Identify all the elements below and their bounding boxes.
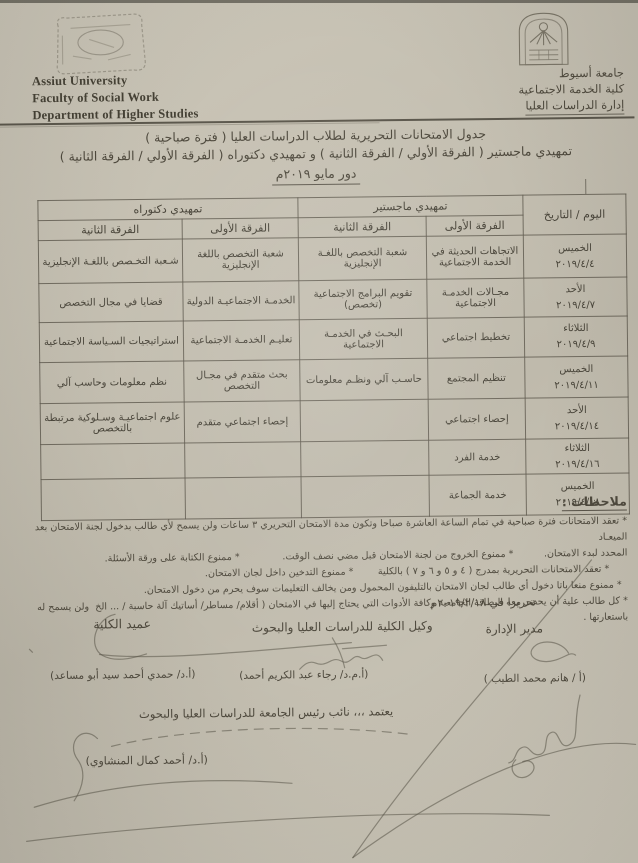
cell-day-date: الأحد٢٠١٩/٤/١٤: [525, 397, 628, 439]
cell-subject: قضايا في مجال التخصص: [39, 282, 183, 323]
cell-subject: بحث متقدم في مجـال التخصص: [184, 360, 300, 402]
scanned-exam-schedule-page: Assiut University Faculty of Social Work…: [0, 0, 638, 863]
university-name-arabic: جامعة أسيوط كلية الخدمة الاجتماعية إدارة…: [404, 65, 625, 117]
cell-subject: الخدمـة الاجتماعيـة الدولية: [183, 281, 299, 321]
issue-date-line: تحريرا في ٢٠١٩/٢/١٨م: [430, 596, 536, 610]
director-signature-icon: [531, 642, 576, 662]
en-line-2: Faculty of Social Work: [32, 88, 198, 107]
vp-initial-signature-icon: [508, 695, 581, 778]
cell-subject: إحصاء اجتماعي: [428, 398, 525, 440]
table-row: الأحد٢٠١٩/٤/١٤ إحصاء اجتماعي إحصاء اجتما…: [40, 397, 628, 445]
subheader-masters-first-year: الفرقة الأولى: [426, 215, 523, 236]
cell-subject: إحصاء اجتماعي متقدم: [184, 401, 300, 443]
cell-day-date: الأحد٢٠١٩/٤/٧: [524, 277, 627, 317]
cell-subject: نظم معلومات وحاسب آلي: [40, 361, 184, 404]
scan-mark: [585, 179, 586, 194]
cell-subject: مجـالات الخدمـة الاجتماعية: [427, 278, 524, 318]
cell-day-date: الثلاثاء٢٠١٩/٤/٩: [524, 316, 627, 357]
cell-subject: شعبة التخصص باللغة الإنجليزية: [182, 238, 298, 282]
group-header-masters: تمهيدي ماجستير: [298, 195, 523, 218]
cell-subject: تعليـم الخدمـة الاجتماعية: [183, 320, 299, 361]
cell-subject: تقويم البرامج الاجتماعية (تخصص): [299, 279, 427, 319]
en-line-1: Assiut University: [32, 71, 198, 90]
cell-subject: تنظيم المجتمع: [428, 357, 525, 399]
university-name-english: Assiut University Faculty of Social Work…: [32, 71, 199, 124]
document-content: Assiut University Faculty of Social Work…: [0, 0, 638, 863]
subheader-masters-second-year: الفرقة الثانية: [298, 216, 426, 237]
cell-subject: [300, 399, 428, 441]
signature-name-vice-dean: (أ.م.د/ رجاء عبد الكريم أحمد): [221, 668, 387, 682]
ar-line-3: إدارة الدراسات العليا: [404, 97, 624, 117]
table-row: الأحد٢٠١٩/٤/٧ مجـالات الخدمـة الاجتماعية…: [39, 277, 627, 323]
subheader-phd-second-year: الفرقة الثانية: [38, 219, 182, 241]
vice-dean-signature-icon: [299, 637, 386, 669]
notes-heading: ملاحظات :: [562, 494, 627, 512]
cell-subject: البحـث في الخدمـة الاجتماعية: [299, 318, 427, 359]
faculty-stamp-icon: [47, 10, 152, 77]
cell-subject: تخطيط اجتماعي: [427, 317, 524, 358]
signature-name-dean: (أ.د/ حمدي أحمد سيد أبو مساعد): [23, 668, 223, 682]
signature-title-dean: عميد الكلية: [74, 616, 170, 632]
signature-name-vp: (أ.د/ أحمد كمال المنشاوي): [52, 753, 242, 768]
cell-day-date: الخميس٢٠١٩/٤/٤: [523, 234, 626, 278]
signature-title-director: مدير الإدارة: [474, 621, 554, 636]
cell-subject: علوم اجتماعيـة وسـلوكية مرتبطة بالتخصص: [40, 402, 184, 445]
cell-subject: شعبة التخصص باللغـة الإنجليزية: [298, 236, 426, 280]
table-row: الخميس٢٠١٩/٤/١١ تنظيم المجتمع حاسـب آلي …: [40, 356, 628, 404]
cell-subject: [41, 443, 185, 480]
cell-subject: استراتيجيات السـياسة الاجتماعية: [39, 321, 183, 363]
assiut-university-emblem-icon: [511, 9, 576, 68]
cell-subject: شـعبة التخـصص باللغـة الإنجليزية: [38, 239, 182, 284]
subheader-phd-first-year: الفرقة الأولى: [182, 218, 298, 239]
notes-section: ملاحظات : * تعقد الامتحانات فترة صباحية …: [17, 491, 628, 633]
title-session: دور مايو ٢٠١٩م: [272, 165, 361, 186]
cell-subject: [185, 442, 301, 478]
cell-subject: [301, 440, 429, 476]
ar-line-3-text: إدارة الدراسات العليا: [525, 97, 624, 116]
signature-name-director: (أ / هانم محمد الطيب ): [455, 672, 615, 686]
cell-subject: خدمة الفرد: [429, 439, 526, 475]
cell-subject: حاسـب آلي ونظـم معلومات: [300, 358, 428, 400]
cell-day-date: الخميس٢٠١٩/٤/١١: [525, 356, 628, 398]
approval-line: يعتمد ،،، نائب رئيس الجامعة للدراسات الع…: [31, 704, 393, 722]
cell-subject: الاتجاهات الحديثة في الخدمة الاجتماعية: [426, 235, 523, 279]
table-row: الخميس٢٠١٩/٤/٤ الاتجاهات الحديثة في الخد…: [38, 234, 626, 284]
document-title: جدول الامتحانات التحريرية لطلاب الدراسات…: [0, 123, 635, 188]
table-row: الثلاثاء٢٠١٩/٤/٩ تخطيط اجتماعي البحـث في…: [39, 316, 627, 363]
exam-schedule-table: اليوم / التاريخ تمهيدي ماجستير تمهيدي دك…: [37, 193, 630, 521]
signature-title-vice-dean: وكيل الكلية للدراسات العليا والبحوث: [246, 619, 438, 635]
col-header-day-date: اليوم / التاريخ: [523, 194, 626, 235]
cell-day-date: الثلاثاء٢٠١٩/٤/١٦: [526, 438, 629, 474]
scan-edge: [0, 0, 638, 3]
